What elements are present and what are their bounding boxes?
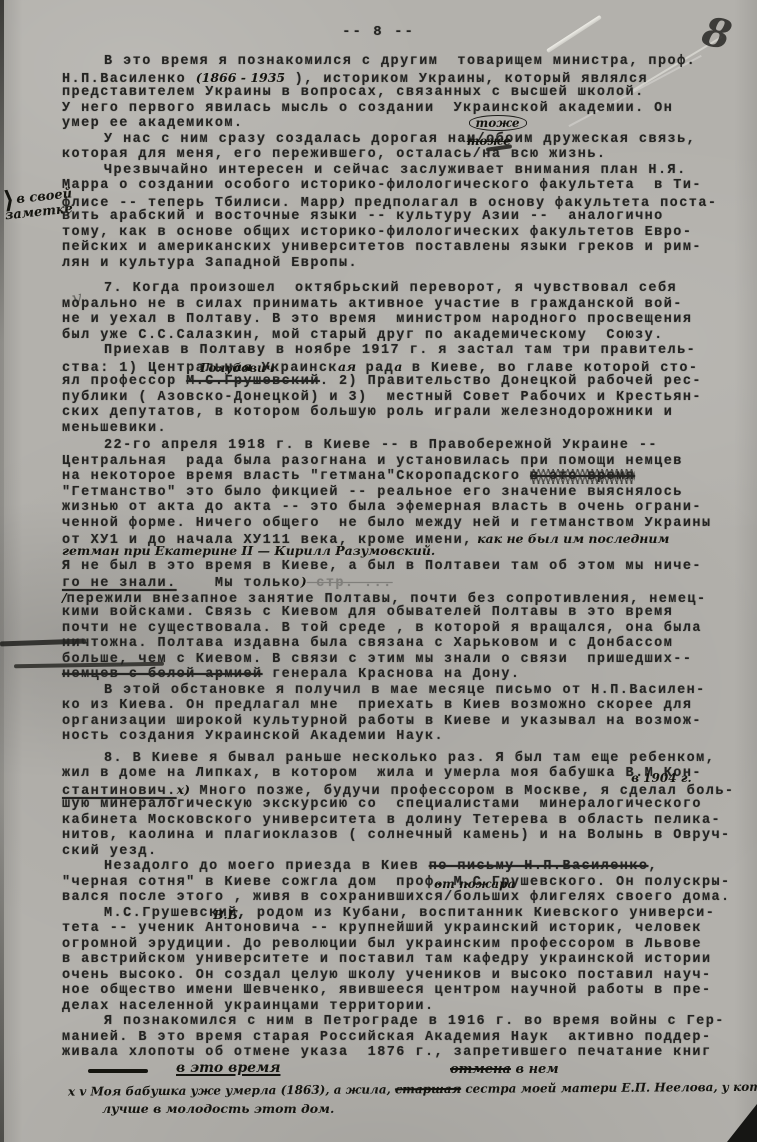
- typed-text-seg: ченной форме. Ничего общего не было межд…: [62, 516, 712, 531]
- text-line: Марра о создании особого историко-филоло…: [62, 178, 757, 194]
- text-line: почти не существовала. В той среде , в к…: [62, 621, 757, 637]
- text-line: ное общество имени Шевченко, явившееся ц…: [62, 983, 757, 999]
- typed-text-seg: ность создания Украинской Академии Наук.: [62, 729, 444, 744]
- typed-text-seg: У нас с ним сразу создалась дорогая нам: [104, 132, 477, 147]
- text-line: 7. Когда произошел октябрьский переворот…: [62, 281, 757, 297]
- scan-corner-fold: [727, 1104, 757, 1142]
- typed-text-seg: . 2) Правительство Донецкой рабочей рес-: [320, 374, 702, 389]
- text-line: Чрезвычайно интересен и сейчас заслужива…: [62, 163, 757, 179]
- text-line: представителем Украины в вопросах, связа…: [62, 85, 757, 101]
- text-line: вался после этого , живя в сохранившихся…: [62, 890, 757, 906]
- typed-text-seg: почти не существовала. В той среде , в к…: [62, 621, 702, 636]
- text-line: Я познакомился с ним в Петрограде в 1916…: [62, 1014, 757, 1030]
- typed-text-seg: тета -- ученик: [62, 921, 205, 936]
- text-line: вить арабский и восточные языки -- культ…: [62, 209, 757, 225]
- typed-page-number: -- 8 --: [0, 24, 757, 40]
- text-line: больше, чем с Киевом. В связи с этим мы …: [62, 652, 757, 668]
- text-line: морально не в силах принимать активное у…: [62, 297, 757, 313]
- text-line: ничтожна. Полтава издавна была связана с…: [62, 636, 757, 652]
- typed-text-seg: кими войсками. Связь с Киевом для обыват…: [62, 605, 673, 620]
- text-line: на некоторое время власть "гетмана"Скоро…: [62, 469, 757, 485]
- typed-text-seg: ное общество имени Шевченко, явившееся ц…: [62, 983, 712, 998]
- typed-text-seg: всю жизнь.: [501, 147, 606, 162]
- typed-text-seg: 8. В Киеве я бывал раньше несколько раз.…: [104, 751, 715, 766]
- text-line: "черная сотня" в Киеве сожгла дом проф. …: [62, 875, 757, 891]
- typed-text-seg: Приехав в Полтаву в ноябре 1917 г. я зас…: [104, 343, 696, 358]
- footnote-line-1: х v Моя бабушка уже умерла (1863), а жил…: [68, 1079, 757, 1098]
- paragraph: 8. В Киеве я бывал раньше несколько раз.…: [62, 751, 757, 860]
- footnote-struck-word: отмена: [450, 1062, 511, 1077]
- paragraph: Незадолго до моего приезда в Киев по пис…: [62, 859, 757, 1014]
- handwriting-inline: гетман при Екатерине II — Кирилл Разумов…: [62, 543, 435, 558]
- typed-text-seg: умер ее академиком.: [62, 116, 243, 131]
- typed-text-seg: АнтоновичаВ.Б.: [205, 921, 301, 936]
- text-line: 22-го апреля 1918 г. в Киеве -- в Правоб…: [62, 438, 757, 454]
- typed-text-seg: живала хлопоты об отмене указа 1876 г., …: [62, 1045, 712, 1060]
- typed-text-seg: У него первого явилась мысль о создании …: [62, 101, 673, 116]
- text-line: ность создания Украинской Академии Наук.: [62, 729, 757, 745]
- typed-text-seg: организации широкой культурной работы в …: [62, 714, 702, 729]
- text-line: нитов, каолина и плагиоклазов ( солнечны…: [62, 828, 757, 844]
- text-line: Н.П.Василенко (1866 - 1935 ), историком …: [62, 70, 757, 86]
- strikethrough-text: немцев с белой армией: [62, 667, 263, 682]
- typed-text-seg: вить арабский и восточные языки -- культ…: [62, 209, 664, 224]
- footnote-in-it-text: в нем: [516, 1062, 559, 1077]
- handwriting-inline: ая: [338, 359, 356, 374]
- typed-text-seg: жил в доме на Липках, в котором жила и у…: [62, 766, 702, 781]
- text-line: кими войсками. Связь с Киевом для обыват…: [62, 605, 757, 621]
- typed-text-seg: делах населенной украинцами территории.: [62, 999, 435, 1014]
- typed-text-seg: Марра о создании особого историко-филоло…: [62, 178, 702, 193]
- typed-text-seg: на некоторое время власть "гетмана"Скоро…: [62, 469, 530, 484]
- typed-text-seg: "черная сотня" в Киеве сожгла дом проф. …: [62, 875, 731, 890]
- text-line: шую минералогическую экскурсию со специа…: [62, 797, 757, 813]
- text-line: кабинета Московского университета в доли…: [62, 813, 757, 829]
- text-line: тому, как в основе общих историко-филоло…: [62, 225, 757, 241]
- typed-text-seg: огромной эрудиции. До революции был укра…: [62, 937, 702, 952]
- paragraph: Приехав в Полтаву в ноябре 1917 г. я зас…: [62, 343, 757, 436]
- typed-text-seg: "Гетманство" это было фикцией -- реально…: [62, 485, 683, 500]
- typed-text-seg: В этой обстановке я получил в мае месяце…: [104, 683, 706, 698]
- typed-text-seg: /большихот пожара: [444, 890, 520, 905]
- typed-text-seg: Чрезвычайно интересен и сейчас заслужива…: [104, 163, 687, 178]
- paragraph: 22-го апреля 1918 г. в Киеве -- в Правоб…: [62, 438, 757, 590]
- paragraph: 7. Когда произошел октябрьский переворот…: [62, 281, 757, 343]
- typed-text-seg: публики ( Азовско-Донецкой) и 3) местный…: [62, 390, 702, 405]
- text-line: Я не был в это время в Киеве, а был в По…: [62, 559, 757, 575]
- typed-text-seg: жизнью от акта до акта -- это была эфеме…: [62, 500, 702, 515]
- text-line: М.С.Грушевский, родом из Кубани, воспита…: [62, 906, 757, 922]
- handwritten-page-number: 8: [698, 7, 736, 59]
- text-line: ских депутатов, в котором большую роль и…: [62, 405, 757, 421]
- text-line: очень высоко. Он создал целую школу учен…: [62, 968, 757, 984]
- text-line: публики ( Азовско-Донецкой) и 3) местный…: [62, 390, 757, 406]
- typed-text-seg: представителем Украины в вопросах, связа…: [62, 85, 645, 100]
- typed-text-seg: очень высоко. Он создал целую школу учен…: [62, 968, 712, 983]
- text-line: стантинович.х) Много позже, будучи профе…: [62, 782, 757, 798]
- strikethrough-text: по письму Н.П.Василенко: [429, 859, 649, 874]
- text-line: В этой обстановке я получил в мае месяце…: [62, 683, 757, 699]
- handwriting-inline: (1866 - 1935: [196, 70, 285, 85]
- handwritten-insertion: Голубович: [200, 362, 274, 374]
- typed-text-seg: ничтожна. Полтава издавна была связана с…: [62, 636, 673, 651]
- text-line: тета -- ученик АнтоновичаВ.Б. -- крупней…: [62, 921, 757, 937]
- text-line: жизнью от акта до акта -- это была эфеме…: [62, 500, 757, 516]
- handwritten-line: гетман при Екатерине II — Кирилл Разумов…: [62, 545, 757, 558]
- typed-text-seg: ских депутатов, в котором большую роль и…: [62, 405, 673, 420]
- typed-text-seg: шую минералогическую экскурсию со специа…: [62, 797, 702, 812]
- text-line: У нас с ним сразу создалась дорогая нам/…: [62, 132, 757, 148]
- handwritten-insertion: в 1904 г.: [631, 772, 692, 784]
- typed-text: В это время я познакомился с другим това…: [62, 54, 757, 1061]
- paragraph: /пережили внезапное занятие Полтавы, поч…: [62, 590, 757, 745]
- footnote-line1-a: х v Моя бабушка уже умерла (1863), а жил…: [68, 1082, 395, 1098]
- typed-text-seg: в австрийском университете и поставил та…: [62, 952, 712, 967]
- typed-text-seg: был уже С.С.Салазкин, мой старый друг по…: [62, 328, 664, 343]
- footnote-inserts-row: в это время отмена в нем: [58, 1060, 754, 1078]
- paragraph: Чрезвычайно интересен и сейчас заслужива…: [62, 163, 757, 272]
- text-line: меньшевики.: [62, 421, 757, 437]
- text-line: Центральная рада была разогнана и устано…: [62, 454, 757, 470]
- paragraph: Я познакомился с ним в Петрограде в 1916…: [62, 1014, 757, 1061]
- typed-text-seg: Незадолго до моего приезда в Киев: [104, 859, 429, 874]
- text-line: был уже С.С.Салазкин, мой старый друг по…: [62, 328, 757, 344]
- typed-text-seg: /натоже: [473, 147, 502, 162]
- typed-text-seg: В это время я познакомился с другим това…: [104, 54, 696, 69]
- typed-text-seg: кабинета Московского университета в доли…: [62, 813, 721, 828]
- footnote-line-2: лучше в молодость этот дом.: [102, 1101, 334, 1116]
- text-line: Приехав в Полтаву в ноябре 1917 г. я зас…: [62, 343, 757, 359]
- handwriting-inline: ): [301, 574, 307, 589]
- text-line: делах населенной украинцами территории.: [62, 999, 757, 1015]
- strikethrough-text: М.С.ГрушевскийГолубович: [186, 374, 320, 389]
- typed-text-seg: М.С.Грушевский, родом из Кубани, воспита…: [104, 906, 715, 921]
- typed-text-seg: нитов, каолина и плагиоклазов ( солнечны…: [62, 828, 731, 843]
- typed-text-seg: 7. Когда произошел октябрьский переворот…: [104, 281, 677, 296]
- typed-text-seg: ял профессор: [62, 374, 186, 389]
- typed-text-seg: манией. В это время старая Российская Ак…: [62, 1030, 712, 1045]
- text-line: го не знали. Мы только) стр. ...: [62, 574, 757, 590]
- text-line: пейских и американских университетов пос…: [62, 240, 757, 256]
- typed-text-seg: ский уезд.: [62, 844, 158, 859]
- typed-text-seg: меньшевики.: [62, 421, 167, 436]
- footnote-line1-struck: старшая: [395, 1082, 461, 1096]
- typed-text-seg: Центральная рада была разогнана и устано…: [62, 454, 683, 469]
- scanned-document-page: -- 8 -- 8 ⟩в своей заметке v В это время…: [0, 0, 757, 1142]
- text-line: 8. В Киеве я бывал раньше несколько раз.…: [62, 751, 757, 767]
- footnote-line1-b: сестра моей матери Е.П. Неелова, у котор…: [461, 1079, 757, 1096]
- handwritten-insertion: от пожара: [434, 878, 515, 890]
- handwritten-insertion: тоже: [467, 135, 511, 147]
- text-line: ский уезд.: [62, 844, 757, 860]
- typed-text-seg: вался после этого , живя в сохранившихся: [62, 890, 444, 905]
- typed-text-seg: морально не в силах принимать активное у…: [62, 297, 683, 312]
- typed-text-seg: тому, как в основе общих историко-филоло…: [62, 225, 692, 240]
- text-line: лян и культура Западной Европы.: [62, 256, 757, 272]
- text-line: ко из Киева. Он предлагал мне приехать в…: [62, 698, 757, 714]
- text-line: Незадолго до моего приезда в Киев по пис…: [62, 859, 757, 875]
- typed-text-seg: -- крупнейший украинский историк, челове…: [301, 921, 702, 936]
- text-line: не и уехал в Полтаву. В это время минист…: [62, 312, 757, 328]
- typed-text-seg: Я не был в это время в Киеве, а был в По…: [62, 559, 702, 574]
- handwritten-footnote: в это время отмена в нем х v Моя бабушка…: [58, 1060, 754, 1078]
- text-line: в австрийском университете и поставил та…: [62, 952, 757, 968]
- handwritten-insertion: В.Б.: [213, 909, 242, 921]
- paragraph: У нас с ним сразу создалась дорогая нам/…: [62, 132, 757, 163]
- text-line: немцев с белой армией генерала Краснова …: [62, 667, 757, 683]
- typed-text-seg: лян и культура Западной Европы.: [62, 256, 358, 271]
- text-line: живала хлопоты об отмене указа 1876 г., …: [62, 1045, 757, 1061]
- text-line: организации широкой культурной работы в …: [62, 714, 757, 730]
- text-line: ства: 1) Центральная Украинская рада в К…: [62, 359, 757, 375]
- typed-text-seg: больше, чем с Киевом. В связи с этим мы …: [62, 652, 692, 667]
- text-line: ял профессор М.С.ГрушевскийГолубович. 2)…: [62, 374, 757, 390]
- handwritten-insertion: тоже: [469, 115, 527, 131]
- typed-text-seg: которая для меня, его пережившего, остал…: [62, 147, 473, 162]
- text-line: /пережили внезапное занятие Полтавы, поч…: [62, 590, 757, 606]
- text-line: У него первого явилась мысль о создании …: [62, 101, 757, 117]
- typed-text-seg: ко из Киева. Он предлагал мне приехать в…: [62, 698, 692, 713]
- x-overstrike-text: в это время: [530, 469, 635, 484]
- text-line: флисе -- теперь Тбилиси. Марр) предполаг…: [62, 194, 757, 210]
- typed-text-seg: дружеская связь,: [534, 132, 696, 147]
- typed-text-seg: генерала Краснова на Дону.: [263, 667, 521, 682]
- handwritten-dash: [88, 1069, 148, 1073]
- handwriting-inline: х): [177, 782, 190, 797]
- footnote-insert-in-it: отмена в нем: [450, 1062, 559, 1077]
- text-line: манией. В это время старая Российская Ак…: [62, 1030, 757, 1046]
- typed-text-seg: флигелях своего дома.: [520, 890, 730, 905]
- footnote-insert-time: в это время: [176, 1060, 280, 1076]
- typed-text-seg: пейских и американских университетов пос…: [62, 240, 702, 255]
- typed-text-seg: ,: [648, 859, 658, 874]
- typed-text-seg: не и уехал в Полтаву. В это время минист…: [62, 312, 692, 327]
- typed-text-seg: 22-го апреля 1918 г. в Киеве -- в Правоб…: [104, 438, 658, 453]
- text-line: которая для меня, его пережившего, остал…: [62, 147, 757, 163]
- typed-text-seg: Я познакомился с ним в Петрограде в 1916…: [104, 1014, 725, 1029]
- text-line: ченной форме. Ничего общего не было межд…: [62, 516, 757, 532]
- text-line: "Гетманство" это было фикцией -- реально…: [62, 485, 757, 501]
- paragraph: В это время я познакомился с другим това…: [62, 54, 757, 132]
- text-line: В это время я познакомился с другим това…: [62, 54, 757, 70]
- scan-edge-shadow: [0, 0, 4, 1142]
- text-line: умер ее академиком.: [62, 116, 757, 132]
- text-line: огромной эрудиции. До революции был укра…: [62, 937, 757, 953]
